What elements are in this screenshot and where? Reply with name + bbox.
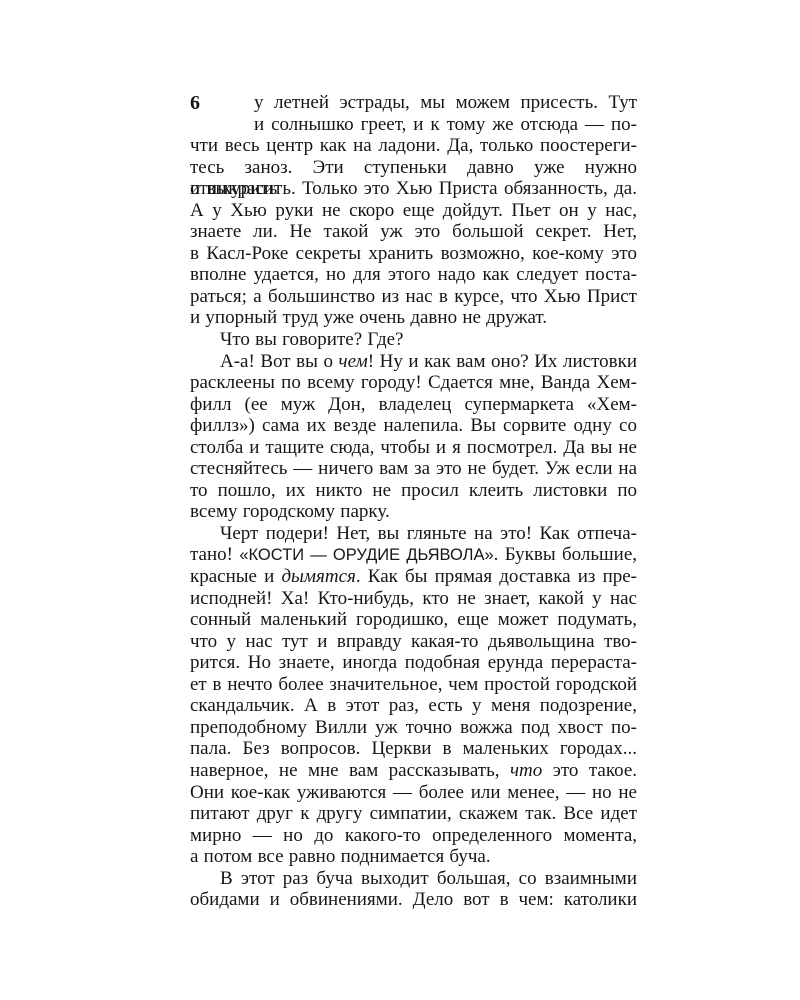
text-segment: мирно — но до какого-то определенного мо… bbox=[190, 825, 637, 846]
text-line: В этот раз буча выходит большая, со взаи… bbox=[220, 868, 637, 890]
text-segment: В этот раз буча выходит большая, со взаи… bbox=[220, 868, 637, 889]
text-segment: а потом все равно поднимается буча. bbox=[190, 846, 491, 867]
text-line: расклеены по всему городу! Сдается мне, … bbox=[190, 372, 637, 394]
text-segment: Они кое-как уживаются — более или менее,… bbox=[190, 782, 637, 803]
text-segment: наверное, не мне вам рассказывать, bbox=[190, 760, 510, 781]
text-line: преподобному Вилли уж точно вожжа под хв… bbox=[190, 717, 637, 739]
text-line: рится. Но знаете, иногда подобная ерунда… bbox=[190, 652, 637, 674]
text-line: пала. Без вопросов. Церкви в маленьких г… bbox=[190, 738, 637, 760]
text-segment: . Как бы прямая доставка из пре- bbox=[356, 566, 637, 587]
text-line: столба и тащите сюда, чтобы и я посмотре… bbox=[190, 437, 637, 459]
text-segment: А-а! Вот вы о bbox=[220, 351, 339, 372]
page-text: у летней эстрады, мы можем присесть. Тут… bbox=[190, 92, 637, 911]
book-page: 6 у летней эстрады, мы можем присесть. Т… bbox=[0, 0, 800, 1000]
text-line: Они кое-как уживаются — более или менее,… bbox=[190, 782, 637, 804]
text-line: питают друг к другу симпатии, скажем так… bbox=[190, 803, 637, 825]
text-line: что у нас тут и вправду какая-то дьяволь… bbox=[190, 631, 637, 653]
text-line: тано! «КОСТИ — ОРУДИЕ ДЬЯВОЛА». Буквы бо… bbox=[190, 544, 637, 566]
text-line: знаете ли. Не такой уж это большой секре… bbox=[190, 221, 637, 243]
text-line: вполне удается, но для этого надо как сл… bbox=[190, 264, 637, 286]
text-segment: то пошло, их никто не просил клеить лист… bbox=[190, 480, 637, 501]
text-line: всему городскому парку. bbox=[190, 501, 637, 523]
text-segment: это такое. bbox=[542, 760, 637, 781]
text-segment: Что вы говорите? Где? bbox=[220, 329, 403, 350]
text-segment: пала. Без вопросов. Церкви в маленьких г… bbox=[190, 738, 637, 759]
text-line: Черт подери! Нет, вы гляньте на это! Как… bbox=[220, 523, 637, 545]
text-segment: всему городскому парку. bbox=[190, 501, 390, 522]
text-segment: тано! bbox=[190, 544, 239, 565]
text-segment: рится. Но знаете, иногда подобная ерунда… bbox=[190, 652, 637, 673]
text-segment: в Касл-Роке секреты хранить возможно, ко… bbox=[190, 243, 637, 264]
italic-text: дымятся bbox=[281, 566, 355, 587]
text-segment: и солнышко греет, и к тому же отсюда — п… bbox=[254, 114, 637, 135]
text-segment: расклеены по всему городу! Сдается мне, … bbox=[190, 372, 637, 393]
text-line: обидами и обвинениями. Дело вот в чем: к… bbox=[190, 889, 637, 911]
text-line: в Касл-Роке секреты хранить возможно, ко… bbox=[190, 243, 637, 265]
text-segment: столба и тащите сюда, чтобы и я посмотре… bbox=[190, 437, 637, 458]
text-line: и упорный труд уже очень давно не дружат… bbox=[190, 307, 637, 329]
text-segment: что у нас тут и вправду какая-то дьяволь… bbox=[190, 631, 637, 652]
text-segment: обидами и обвинениями. Дело вот в чем: к… bbox=[190, 889, 637, 910]
text-segment: и выкрасить. Только это Хью Приста обяза… bbox=[190, 178, 637, 199]
text-line: чти весь центр как на ладони. Да, только… bbox=[190, 135, 637, 157]
text-segment: скандальчик. А в этот раз, есть у меня п… bbox=[190, 695, 637, 716]
text-line: ет в нечто более значительное, чем прост… bbox=[190, 674, 637, 696]
text-segment: исподней! Ха! Кто-нибудь, кто не знает, … bbox=[190, 588, 637, 609]
text-segment: преподобному Вилли уж точно вожжа под хв… bbox=[190, 717, 637, 738]
text-line: и солнышко греет, и к тому же отсюда — п… bbox=[254, 114, 637, 136]
text-line: а потом все равно поднимается буча. bbox=[190, 846, 637, 868]
text-segment: ет в нечто более значительное, чем прост… bbox=[190, 674, 637, 695]
text-segment: питают друг к другу симпатии, скажем так… bbox=[190, 803, 637, 824]
text-segment: филл (ее муж Дон, владелец супермаркета … bbox=[190, 394, 637, 415]
text-line: тесь заноз. Эти ступеньки давно уже нужн… bbox=[190, 157, 637, 179]
text-line: исподней! Ха! Кто-нибудь, кто не знает, … bbox=[190, 588, 637, 610]
text-segment: стесняйтесь — ничего вам за это не будет… bbox=[190, 458, 637, 479]
italic-text: чем bbox=[339, 351, 368, 372]
text-line: и выкрасить. Только это Хью Приста обяза… bbox=[190, 178, 637, 200]
text-segment: у летней эстрады, мы можем присесть. Тут bbox=[254, 92, 637, 113]
text-segment: . Буквы большие, bbox=[494, 544, 637, 565]
text-line: красные и дымятся. Как бы прямая доставк… bbox=[190, 566, 637, 588]
text-segment: А у Хью руки не скоро еще дойдут. Пьет о… bbox=[190, 200, 637, 221]
text-line: филл (ее муж Дон, владелец супермаркета … bbox=[190, 394, 637, 416]
text-line: у летней эстрады, мы можем присесть. Тут bbox=[254, 92, 637, 114]
text-segment: Черт подери! Нет, вы гляньте на это! Как… bbox=[220, 523, 637, 544]
text-line: раться; а большинство из нас в курсе, чт… bbox=[190, 286, 637, 308]
text-segment: ! Ну и как вам оно? Их листовки bbox=[368, 351, 637, 372]
text-line: Что вы говорите? Где? bbox=[220, 329, 637, 351]
text-line: скандальчик. А в этот раз, есть у меня п… bbox=[190, 695, 637, 717]
text-line: то пошло, их никто не просил клеить лист… bbox=[190, 480, 637, 502]
text-segment: сонный маленький городишко, еще может по… bbox=[190, 609, 637, 630]
text-segment: знаете ли. Не такой уж это большой секре… bbox=[190, 221, 637, 242]
text-segment: чти весь центр как на ладони. Да, только… bbox=[190, 135, 637, 156]
text-line: А у Хью руки не скоро еще дойдут. Пьет о… bbox=[190, 200, 637, 222]
text-segment: и упорный труд уже очень давно не дружат… bbox=[190, 307, 547, 328]
text-segment: вполне удается, но для этого надо как сл… bbox=[190, 264, 637, 285]
text-line: сонный маленький городишко, еще может по… bbox=[190, 609, 637, 631]
text-line: филлз») сама их везде налепила. Вы сорви… bbox=[190, 415, 637, 437]
text-segment: красные и bbox=[190, 566, 281, 587]
text-line: мирно — но до какого-то определенного мо… bbox=[190, 825, 637, 847]
text-segment: филлз») сама их везде налепила. Вы сорви… bbox=[190, 415, 637, 436]
poster-caps-text: «КОСТИ — ОРУДИЕ ДЬЯВОЛА» bbox=[239, 546, 493, 564]
text-line: наверное, не мне вам рассказывать, что э… bbox=[190, 760, 637, 782]
text-line: А-а! Вот вы о чем! Ну и как вам оно? Их … bbox=[220, 351, 637, 373]
text-line: стесняйтесь — ничего вам за это не будет… bbox=[190, 458, 637, 480]
italic-text: что bbox=[510, 760, 542, 781]
text-segment: раться; а большинство из нас в курсе, чт… bbox=[190, 286, 637, 307]
